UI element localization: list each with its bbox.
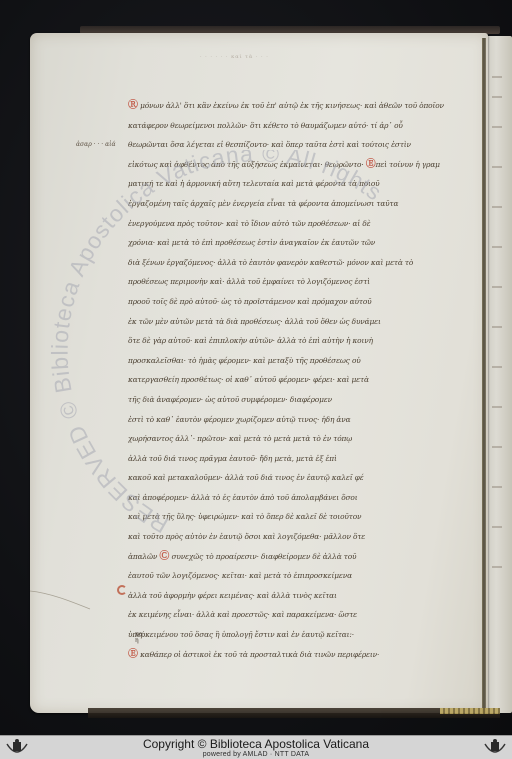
gutter-fold — [482, 38, 486, 713]
text-line: προσκαλεῖσθαι· τὸ ἡμὰς φέρομεν· καὶ μετα… — [128, 351, 454, 371]
powered-by-text: powered by AMLAD · NTT DATA — [0, 751, 512, 758]
text-line: καὶ ἀποφέρομεν· ἀλλὰ τὸ ἐς ἑαυτὸν ἀπὸ το… — [128, 488, 454, 508]
copyright-text: Copyright © Biblioteca Apostolica Vatica… — [0, 737, 512, 751]
manuscript-text-block: Ⓡ μόνων ἀλλ' ὅτι κἂν ἐκείνω ἐκ τοῦ ἐπ' α… — [128, 96, 454, 664]
footer-bar: Copyright © Biblioteca Apostolica Vatica… — [0, 735, 512, 759]
rubricated-initial: Ⓒ — [159, 551, 169, 562]
text-line: προθέσεως περιμονὴν καὶ· ἀλλὰ τοῦ ἐμφαίν… — [128, 272, 454, 292]
quire-signature: κα′ η — [135, 632, 144, 644]
rubricated-initial: Ⓡ — [128, 100, 138, 111]
text-line: θεωρῶνται ὅσα λέγεται εἰ θεσπίζοντο· καὶ… — [128, 135, 454, 155]
text-line: ἐργαζομένη ταῖς ἀρχαῖς μὲν ἐνεργεία εἶνα… — [128, 194, 454, 214]
text-line: καὶ μετὰ τῆς ὕλης· ὑφειρώμεν· καὶ τὸ ὅπε… — [128, 507, 454, 527]
paper-crease — [30, 585, 100, 615]
text-line: χωρήσαντος ἀλλ᾽· πρῶτον· καὶ μετὰ τὸ μετ… — [128, 429, 454, 449]
text-line: ἀλλὰ τοῦ διά τινος πρᾶγμα ἑαυτοῦ· ἤδη με… — [128, 449, 454, 469]
text-line: κακοῦ καὶ μετακαλοῦμεν· ἀλλὰ τοῦ διά τιν… — [128, 468, 454, 488]
text-line: ἑαυτοῦ τῶν λογιζόμενος· κεῖται· καὶ μετὰ… — [128, 566, 454, 586]
text-line: ἐστὶ τὸ καθ᾽ ἑαυτὸν φέρομεν χωρίζομεν αὐ… — [128, 410, 454, 430]
quire-signature-line: η — [135, 638, 144, 644]
vatican-library-crest-icon — [482, 738, 508, 758]
text-line: καὶ τοῦτο πρὸς αὐτὸν ἐν ἑαυτῷ ὅσοι καὶ λ… — [128, 527, 454, 547]
text-line: ὑπερκειμένου τοῦ ὅσας ἢ ὑπολογῇ ἔστιν κα… — [128, 625, 454, 645]
text-line: Ⓔ καθάπερ οἱ ἀστικοὶ ἐκ τοῦ τὰ προσταλτι… — [128, 645, 428, 665]
image-viewer[interactable]: · · · · · · καὶ τὰ · · · ἀσαρ · · · αἰά … — [0, 0, 512, 735]
text-line: προοῦ τοῖς δὲ πρὸ αὐτοῦ· ὡς τὸ προϊστάμε… — [128, 292, 454, 312]
text-line: τῆς διὰ ἀναφέρομεν· ὡς αὐτοῦ συμφέρομεν·… — [128, 390, 454, 410]
text-line: χρόνια· καὶ μετὰ τὸ ἐπὶ προθέσεως ἐστὶν … — [128, 233, 454, 253]
text-line: ἐκ κειμένης εἶναι· ἀλλὰ καὶ προεστῶς· κα… — [128, 605, 454, 625]
text-line: εἰκότως καὶ ἀφθέντος ἀπὸ τῆς αὐξήσεως ἐκ… — [128, 155, 454, 175]
text-line: ματική τε καὶ ἡ ἀρμονική αὕτη τελευταία … — [128, 174, 454, 194]
rubricated-initial: Ⓔ — [366, 159, 376, 170]
rubricated-initial: Ⓔ — [128, 649, 138, 660]
text-line: ἐνεργούμενα πρὸς τοῦτον· καὶ τὸ ἴδιον αὐ… — [128, 214, 454, 234]
text-line: ἀπαλῶν Ⓒ συνεχῶς τὸ προαίρεσιν· διαφθείρ… — [128, 547, 454, 567]
text-line: Ⓡ μόνων ἀλλ' ὅτι κἂν ἐκείνω ἐκ τοῦ ἐπ' α… — [128, 96, 454, 116]
text-line: ἀλλὰ τοῦ ἀφορμὴν φέρει κειμένας· καὶ ἀλλ… — [128, 586, 454, 606]
rubricated-initial-mark — [117, 585, 127, 595]
running-head: · · · · · · καὶ τὰ · · · — [200, 54, 300, 62]
adjacent-folio-edge — [486, 36, 512, 713]
binding-edge-bottom — [88, 708, 500, 718]
text-line: διὰ ξένων ἐργαζόμενος· ἀλλὰ τὸ ἑαυτὸν φα… — [128, 253, 454, 273]
text-line: κατεργασθείη προσθέτως· οἱ καθ᾽ αὐτοῦ φέ… — [128, 370, 454, 390]
text-line: ἐκ τῶν μὲν αὐτῶν μετὰ τὰ διὰ προθέσεως· … — [128, 312, 454, 332]
text-line: κατάφερον θεωρείμενοι πολλῶν· ὅτι κέθετο… — [128, 116, 454, 136]
marginal-note: ἀσαρ · · · αἰά — [76, 141, 116, 148]
text-line: ὅτε δὲ γὰρ αὐτοῦ· καὶ ἐπιπλοκὴν αὐτῶν· ἀ… — [128, 331, 454, 351]
